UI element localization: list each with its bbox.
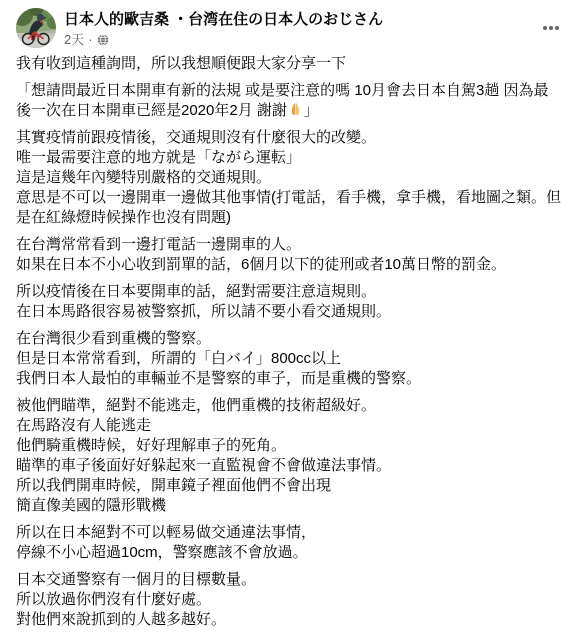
post-header-text: 日本人的歐吉桑 ・台湾在住の日本人のおじさん 2天 ·: [64, 8, 535, 48]
post-paragraph: 被他們瞄準，絕對不能逃走，他們重機的技術超級好。在馬路沒有人能逃走他們騎重機時候…: [16, 396, 561, 516]
facebook-post: 日本人的歐吉桑 ・台湾在住の日本人のおじさん 2天 ·: [0, 0, 577, 641]
post-paragraph: 在台灣很少看到重機的警察。但是日本常常看到，所謂的「白バイ」800cc以上我們日…: [16, 329, 561, 389]
more-options-button[interactable]: [535, 12, 567, 44]
timestamp[interactable]: 2天: [64, 32, 84, 48]
author-name[interactable]: 日本人的歐吉桑 ・台湾在住の日本人のおじさん: [64, 8, 535, 30]
post-paragraph: 所以在日本絕對不可以輕易做交通違法事情，停線不小心超過10cm，警察應該不會放過…: [16, 523, 561, 563]
ellipsis-icon: [541, 18, 561, 38]
post-paragraph: 日本交通警察有一個月的目標數量。所以放過你們沒有什麼好處。對他們來說抓到的人越多…: [16, 570, 561, 630]
meta-separator: ·: [88, 32, 92, 48]
cyclist-profile-photo: [16, 8, 56, 48]
post-meta: 2天 ·: [64, 32, 535, 48]
post-paragraph: 所以疫情後在日本要開車的話，絕對需要注意這規則。在日本馬路很容易被警察抓，所以請…: [16, 282, 561, 322]
post-paragraph: 在台灣常常看到一邊打電話一邊開車的人。如果在日本不小心收到罰單的話，6個月以下的…: [16, 235, 561, 275]
avatar[interactable]: [16, 8, 56, 48]
post-paragraph: 其實疫情前跟疫情後，交通規則沒有什麼很大的改變。唯一最需要注意的地方就是「ながら…: [16, 128, 561, 228]
post-paragraph: 「想請問最近日本開車有新的法規 或是要注意的嗎 10月會去日本自駕3趟 因為最後…: [16, 81, 561, 121]
post-header: 日本人的歐吉桑 ・台湾在住の日本人のおじさん 2天 ·: [0, 0, 577, 48]
globe-privacy-icon: [97, 34, 109, 46]
post-body: 我有收到這種詢問，所以我想順便跟大家分享一下「想請問最近日本開車有新的法規 或是…: [0, 48, 577, 630]
post-paragraph: 我有收到這種詢問，所以我想順便跟大家分享一下: [16, 54, 561, 74]
folded-hands-emoji: [288, 102, 303, 117]
